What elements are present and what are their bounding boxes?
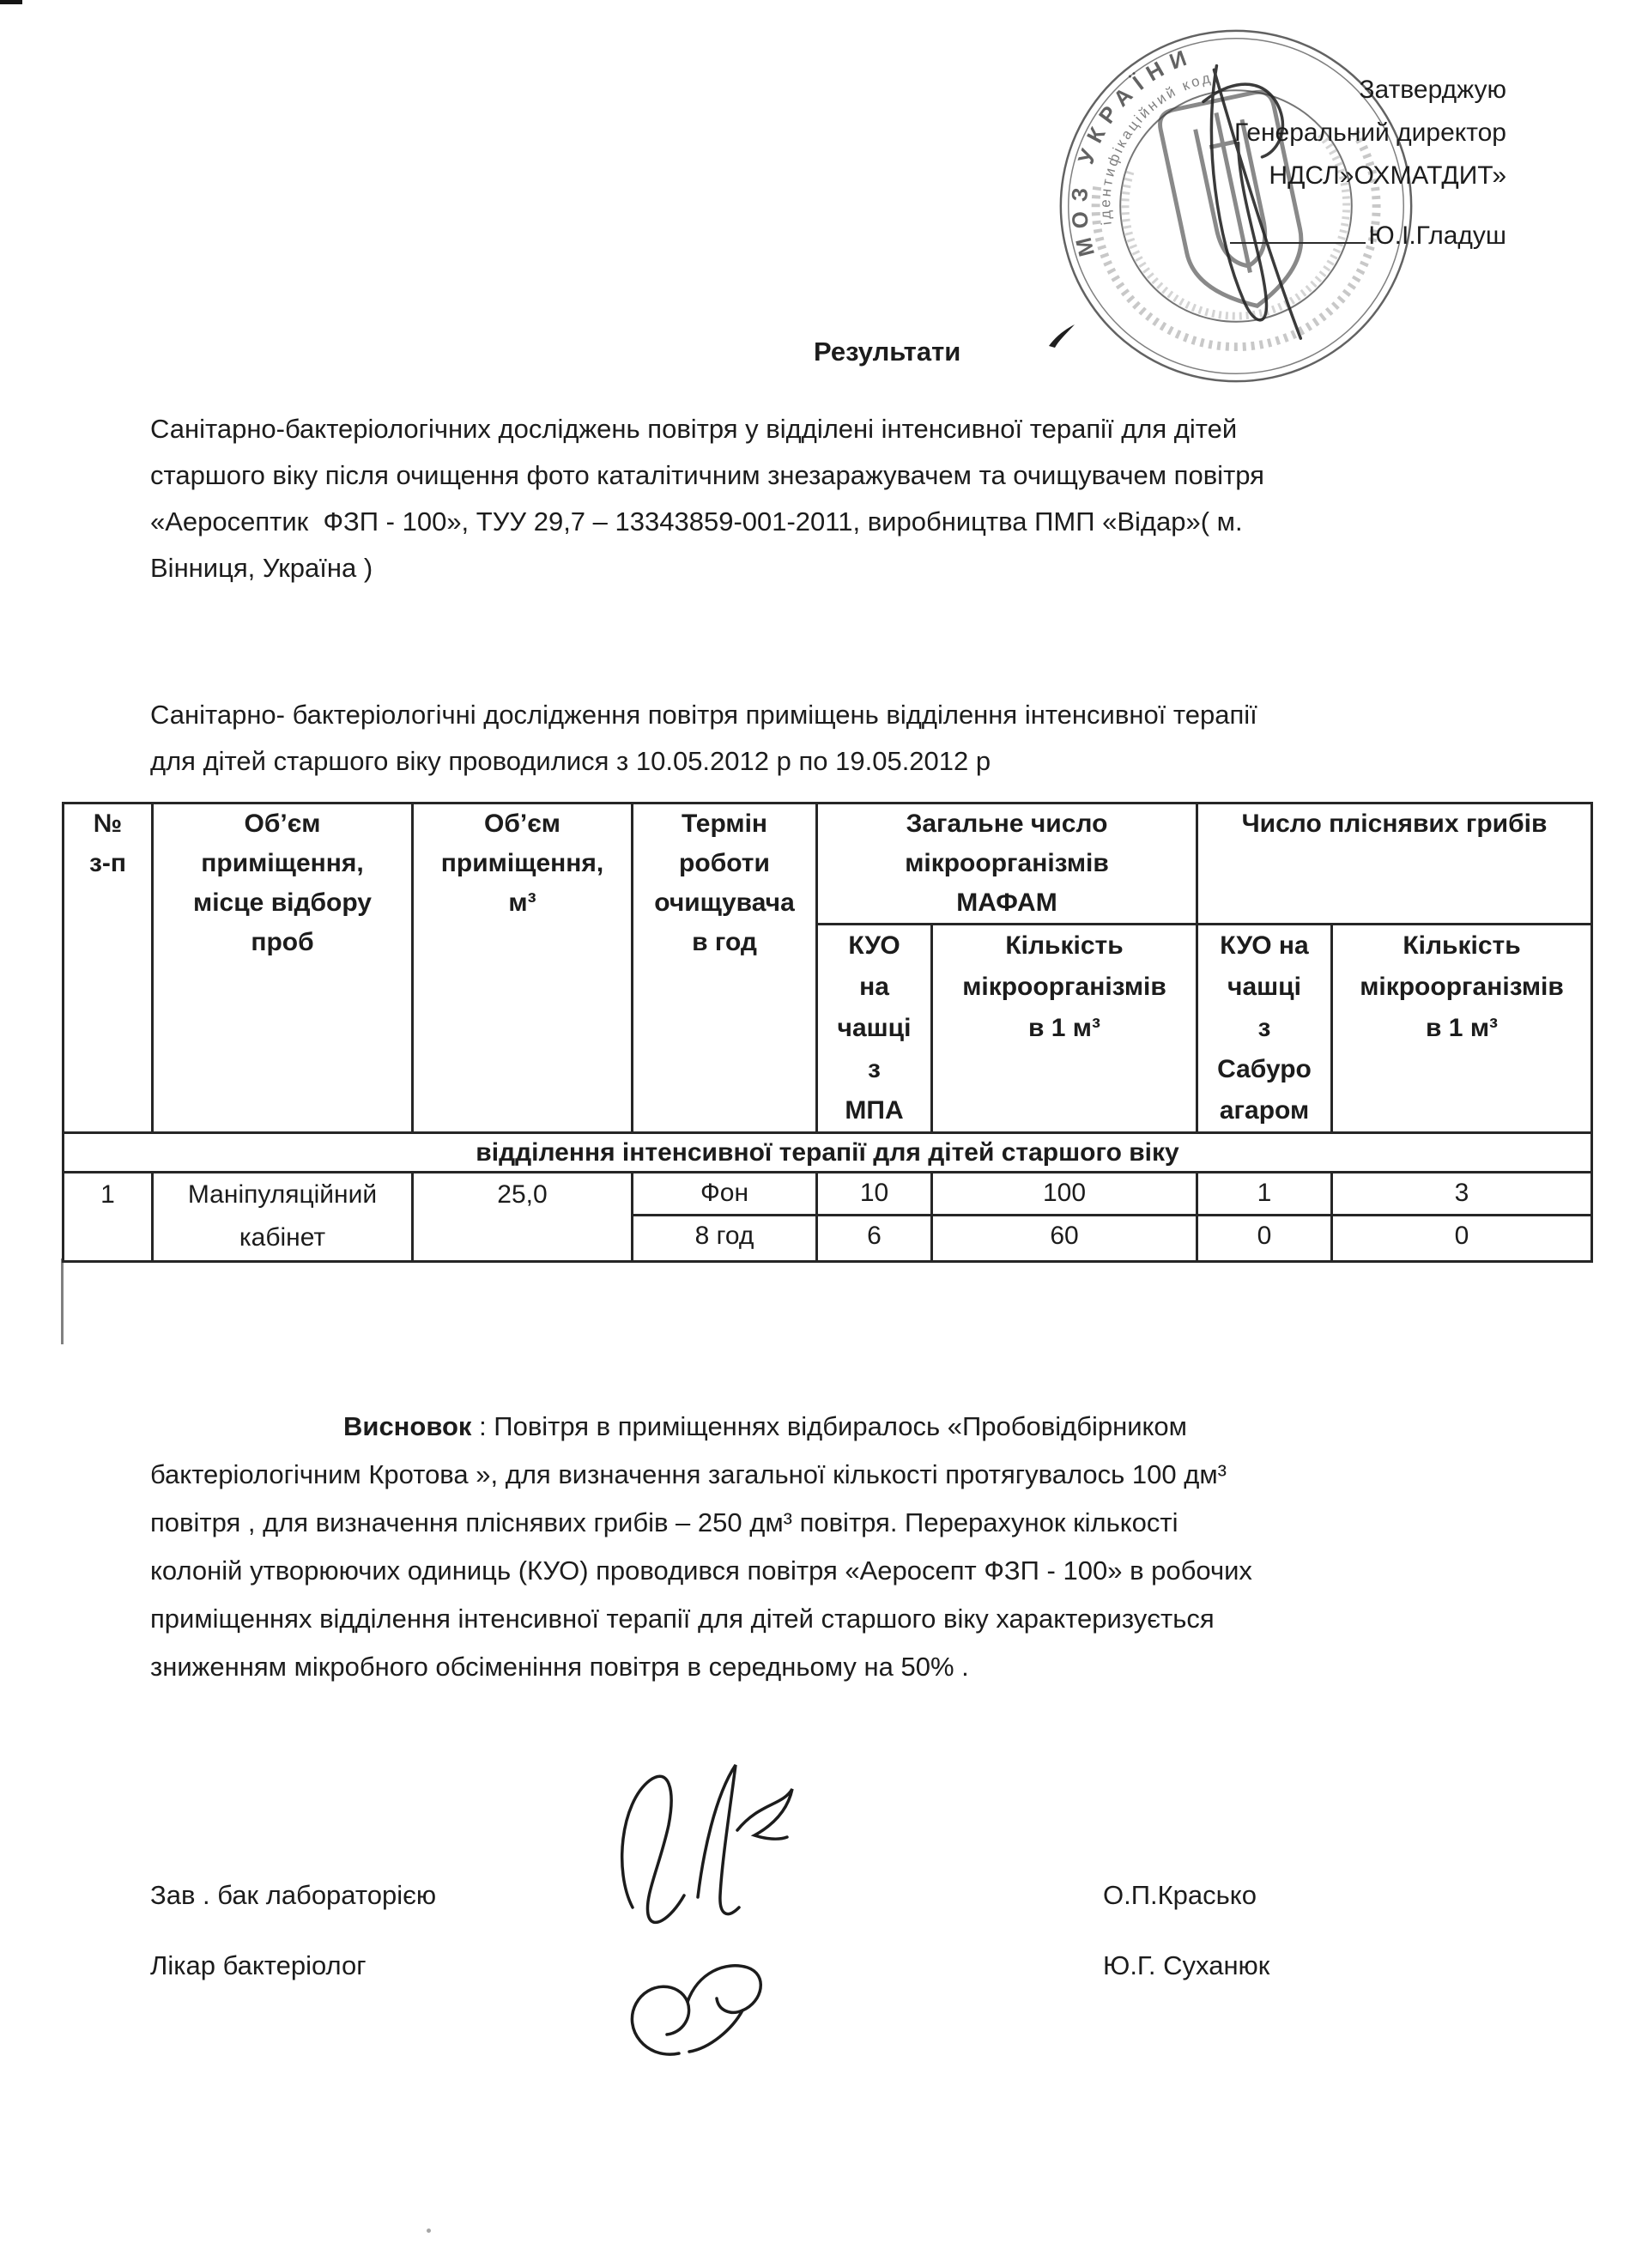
paragraph-line: повітря , для визначення пліснявих грибі… [150,1499,1252,1547]
study-period-paragraph: Санітарно- бактеріологічні дослідження п… [150,692,1257,785]
page-title: Результати [814,337,960,367]
cell-qty-sab: 3 [1332,1173,1592,1216]
approval-signature-row: Ю.І.Гладуш [1230,215,1506,258]
group-header-mafam: Загальне число мікроорганізмів МАФАМ [817,804,1197,925]
approval-signatory-name: Ю.І.Гладуш [1368,221,1506,250]
cell-term: Фон [633,1173,817,1216]
col-header-number: № з-п [64,804,153,1133]
paragraph-line: бактеріологічним Кротова », для визначен… [150,1451,1252,1499]
scan-dust-speck [427,2229,431,2233]
cell-kuo-mpa: 10 [817,1173,932,1216]
paragraph-line: «Аеросептик ФЗП - 100», ТУУ 29,7 – 13343… [150,499,1264,545]
approval-line: Затверджую [1230,69,1506,112]
group-header-fungi: Число пліснявих грибів [1197,804,1592,925]
paragraph-line: Вінниця, Україна ) [150,545,1264,591]
table-section-title: відділення інтенсивної терапії для дітей… [64,1133,1592,1173]
cell-qty-mpa: 100 [932,1173,1197,1216]
paragraph-line: Санітарно- бактеріологічні дослідження п… [150,692,1257,738]
signature-underline [1230,215,1366,244]
paragraph-line: Санітарно-бактеріологічних досліджень по… [150,406,1264,452]
cell-kuo-sab: 1 [1197,1173,1332,1216]
conclusion-lead-word: Висновок [343,1411,471,1441]
sub-header-kuo-mpa: КУО на чашці з МПА [817,925,932,1133]
conclusion-paragraph: Висновок : Повітря в приміщеннях відбира… [150,1403,1252,1691]
conclusion-first-line: Висновок : Повітря в приміщеннях відбира… [150,1403,1252,1451]
intro-paragraph: Санітарно-бактеріологічних досліджень по… [150,406,1264,591]
paragraph-line: приміщеннях відділення інтенсивної терап… [150,1595,1252,1643]
cell-row-number: 1 [64,1173,153,1262]
cell-room-volume: 25,0 [413,1173,633,1262]
signatory-name: О.П.Красько [1103,1880,1257,1911]
signatory-name: Ю.Г. Суханюк [1103,1950,1269,1981]
cell-kuo-sab: 0 [1197,1216,1332,1262]
col-header-place: Об’єм приміщення, місце відбору проб [153,804,413,1133]
cell-qty-sab: 0 [1332,1216,1592,1262]
signatory-role: Зав . бак лабораторією [150,1880,436,1911]
conclusion-lead-rest: : Повітря в приміщеннях відбиралось «Про… [471,1411,1187,1441]
handwritten-signature [597,1751,811,2077]
cell-place: Маніпуляційний кабінет [153,1173,413,1262]
signatory-role: Лікар бактеріолог [150,1950,367,1981]
table-row: 1 Маніпуляційний кабінет 25,0 Фон 10 100… [64,1173,1592,1216]
sub-header-qty-sab: Кількість мікроорганізмів в 1 м³ [1332,925,1592,1133]
cell-term: 8 год [633,1216,817,1262]
table-left-border-artifact [61,1258,64,1344]
paragraph-line: колоній утворюючих одиниць (КУО) проводи… [150,1547,1252,1595]
paragraph-line: зниженням мікробного обсіменіння повітря… [150,1643,1252,1691]
col-header-purifier-time: Термін роботи очищувача в год [633,804,817,1133]
cell-qty-mpa: 60 [932,1216,1197,1262]
approval-block: Затверджую Генеральний директор НДСЛ»ОХМ… [1230,69,1506,258]
sub-header-kuo-sab: КУО на чашці з Сабуро агаром [1197,925,1332,1133]
cell-kuo-mpa: 6 [817,1216,932,1262]
sub-header-qty-mpa: Кількість мікроорганізмів в 1 м³ [932,925,1197,1133]
pen-tick-mark [1047,324,1076,349]
paragraph-line: для дітей старшого віку проводилися з 10… [150,738,1257,785]
approval-line: Генеральний директор [1230,112,1506,155]
paragraph-line: старшого віку після очищення фото каталі… [150,452,1264,499]
scan-artifact-mark [0,0,22,4]
results-table: № з-п Об’єм приміщення, місце відбору пр… [62,802,1593,1263]
approval-line: НДСЛ»ОХМАТДИТ» [1230,155,1506,197]
col-header-room-volume: Об’єм приміщення, м³ [413,804,633,1133]
